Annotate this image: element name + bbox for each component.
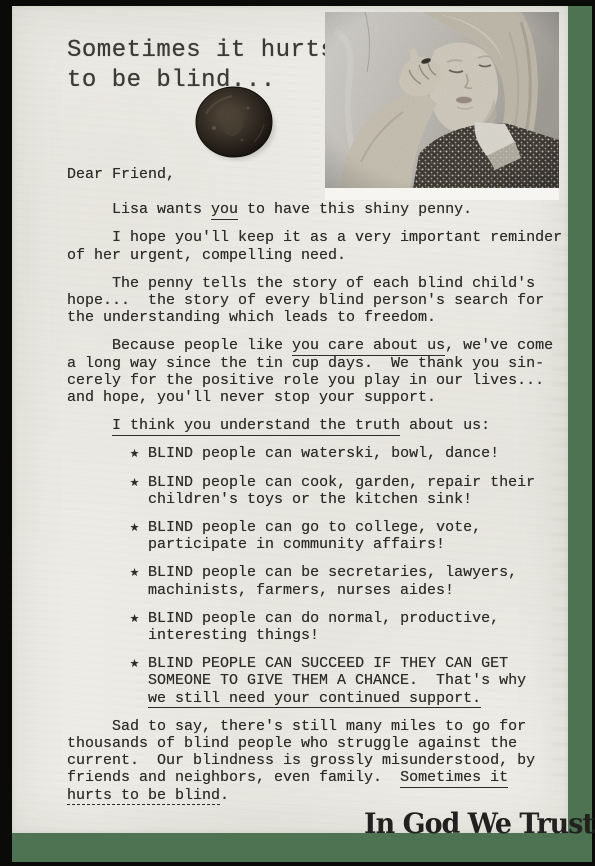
underlined-text: hurts to be blind [67,787,220,806]
letter-line: current. Our blindness is grossly misund… [67,752,567,769]
letter-text [67,417,112,434]
letter-line: ★ BLIND people can cook, garden, repair … [67,474,567,491]
letter-text: I hope you'll keep it as a very importan… [67,229,562,246]
letter-line: children's toys or the kitchen sink! [67,491,567,508]
letter-text: ★ BLIND people can do normal, productive… [67,610,499,627]
letter-text: of her urgent, compelling need. [67,247,346,264]
letter-line: Lisa wants you to have this shiny penny. [67,201,567,218]
letter-block: I hope you'll keep it as a very importan… [67,229,567,263]
letter-text: ★ BLIND people can be secretaries, lawye… [67,564,517,581]
letter-line: I think you understand the truth about u… [67,417,567,434]
letter-text: the understanding which leads to freedom… [67,309,436,326]
letter-block: ★ BLIND people can waterski, bowl, dance… [67,445,567,462]
letter-text: SOMEONE TO GIVE THEM A CHANCE. That's wh… [67,672,526,689]
letter-text: ★ BLIND people can cook, garden, repair … [67,474,535,491]
letter-text: machinists, farmers, nurses aides! [67,582,454,599]
letter-block: Because people like you care about us, w… [67,337,567,406]
letter-line: SOMEONE TO GIVE THEM A CHANCE. That's wh… [67,672,567,689]
letter-text: participate in community affairs! [67,536,445,553]
letter-line: I hope you'll keep it as a very importan… [67,229,567,246]
letter-line: ★ BLIND people can waterski, bowl, dance… [67,445,567,462]
letter-text: friends and neighbors, even family. [67,769,400,786]
letter-line: cerely for the positive role you play in… [67,372,567,389]
letter-block: ★ BLIND people can cook, garden, repair … [67,474,567,508]
letter-text: cerely for the positive role you play in… [67,372,544,389]
letter-block: ★ BLIND PEOPLE CAN SUCCEED IF THEY CAN G… [67,655,567,707]
underlined-text: Sometimes it [400,769,508,788]
letter-line: the understanding which leads to freedom… [67,309,567,326]
letter-block: ★ BLIND people can do normal, productive… [67,610,567,644]
letter-block: Sad to say, there's still many miles to … [67,718,567,804]
letter-line: ★ BLIND PEOPLE CAN SUCCEED IF THEY CAN G… [67,655,567,672]
letter-line: we still need your continued support. [67,690,567,707]
letter-line: friends and neighbors, even family. Some… [67,769,567,786]
letter-text: The penny tells the story of each blind … [67,275,535,292]
letter-line: hope... the story of every blind person'… [67,292,567,309]
letter-line: and hope, you'll never stop your support… [67,389,567,406]
letter-text: Dear Friend, [67,166,175,183]
letter-text [67,690,148,707]
letter-line: machinists, farmers, nurses aides! [67,582,567,599]
letter-page: Sometimes it hurts to be blind... [12,6,568,833]
letter-line: participate in community affairs! [67,536,567,553]
letter-line: of her urgent, compelling need. [67,247,567,264]
letter-text: , we've come [445,337,553,354]
letter-block: ★ BLIND people can go to college, vote, … [67,519,567,553]
letter-body: Dear Friend, Lisa wants you to have this… [67,166,567,815]
letter-text: to have this shiny penny. [238,201,472,218]
letter-line: thousands of blind people who struggle a… [67,735,567,752]
letter-text: hope... the story of every blind person'… [67,292,544,309]
letter-text: Lisa wants [67,201,211,218]
letter-line: ★ BLIND people can go to college, vote, [67,519,567,536]
motto-text: In God We Trust... [364,807,595,840]
letter-text: . [220,787,229,804]
underlined-text: you [211,201,238,220]
letter-block: Lisa wants you to have this shiny penny. [67,201,567,218]
letter-block: The penny tells the story of each blind … [67,275,567,327]
letter-text: Because people like [67,337,292,354]
letter-line: a long way since the tin cup days. We th… [67,355,567,372]
underlined-text: I think you understand the truth [112,417,400,436]
letter-text: a long way since the tin cup days. We th… [67,355,544,372]
letter-text: thousands of blind people who struggle a… [67,735,517,752]
letter-line: Because people like you care about us, w… [67,337,567,354]
letter-title-line1: Sometimes it hurts [67,36,335,66]
letter-block: I think you understand the truth about u… [67,417,567,434]
letter-block: Dear Friend, [67,166,567,183]
letter-line: ★ BLIND people can do normal, productive… [67,610,567,627]
letter-text: ★ BLIND people can waterski, bowl, dance… [67,445,499,462]
underlined-text: you care about us [292,337,445,356]
letter-text: and hope, you'll never stop your support… [67,389,436,406]
letter-text: current. Our blindness is grossly misund… [67,752,535,769]
letter-line: The penny tells the story of each blind … [67,275,567,292]
letter-line: Sad to say, there's still many miles to … [67,718,567,735]
letter-text: interesting things! [67,627,319,644]
letter-line: Dear Friend, [67,166,567,183]
penny-photo [192,84,278,162]
portrait-photo [325,12,559,188]
letter-block: ★ BLIND people can be secretaries, lawye… [67,564,567,598]
letter-text: ★ BLIND PEOPLE CAN SUCCEED IF THEY CAN G… [67,655,508,672]
scanned-letter: Sometimes it hurts to be blind... [0,0,595,866]
letter-line: hurts to be blind. [67,787,567,804]
letter-text: ★ BLIND people can go to college, vote, [67,519,481,536]
letter-line: interesting things! [67,627,567,644]
letter-line: ★ BLIND people can be secretaries, lawye… [67,564,567,581]
letter-text: about us: [400,417,490,434]
letter-text: children's toys or the kitchen sink! [67,491,472,508]
underlined-text: we still need your continued support. [148,690,481,709]
letter-text: Sad to say, there's still many miles to … [67,718,526,735]
